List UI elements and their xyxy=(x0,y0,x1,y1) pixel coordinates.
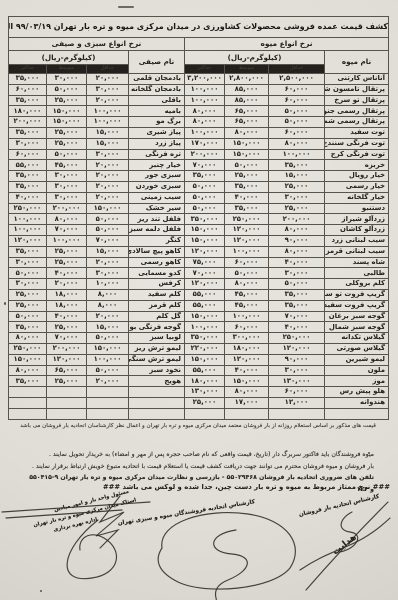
fruit-price-min-cell: ۱۵,۰۰۰ xyxy=(269,171,325,182)
fruit-price-min-cell: ۲۰۰,۰۰۰ xyxy=(269,214,325,225)
fruit-price-min-cell: ۱۲,۰۰۰ xyxy=(269,397,325,408)
veg-name-cell: بادمجان قلمی xyxy=(129,74,185,85)
fruit-name-cell: گیلاس تکدانه xyxy=(325,333,389,344)
veg-price-max-cell: ۵۵,۰۰۰ xyxy=(8,160,46,171)
veg-price-min-cell: ۱۵۰,۰۰۰ xyxy=(87,203,129,214)
veg-price-max-cell: ۶۰,۰۰۰ xyxy=(8,149,46,160)
veg-price-avg-cell: ۴۵,۰۰۰ xyxy=(47,160,87,171)
fruit-name-cell: توت فرنگی سنندج xyxy=(325,138,389,149)
veg-price-min-cell: ۱۰,۰۰۰ xyxy=(87,279,129,290)
fruit-price-avg-cell: ۲۵۰,۰۰۰ xyxy=(225,214,269,225)
veg-name-cell: فلفل دلمه سبز xyxy=(129,225,185,236)
veg-price-max-cell: ۳۰,۰۰۰ xyxy=(8,138,46,149)
fruit-name-cell: پرتقال تامسون شمال xyxy=(325,84,389,95)
fruit-name-cell: آناناس کارتنی xyxy=(325,74,389,85)
fruit-price-avg-cell: ۱۰۰,۰۰۰ xyxy=(225,311,269,322)
veg-price-max-cell: ۲۰۰,۰۰۰ xyxy=(8,117,46,128)
veg-price-max-cell xyxy=(8,408,46,419)
veg-price-max-cell: ۶۰,۰۰۰ xyxy=(8,84,46,95)
table-row: توت فرنگی سنندج۸۰,۰۰۰۱۵۰,۰۰۰۱۷۰,۰۰۰پیاز … xyxy=(8,138,388,149)
signature-scribble-center xyxy=(158,513,295,589)
column-header-row: نام میوه (کیلوگرم-ریال) نام صیفی (کیلوگر… xyxy=(8,51,388,65)
veg-price-avg-cell: ۲۰۰,۰۰۰ xyxy=(47,343,87,354)
fruit-name-cell: گوجه سبز شمال xyxy=(325,322,389,333)
veg-avg-subheader: متوسط xyxy=(47,65,87,74)
veg-price-avg-cell: ۱۸,۰۰۰ xyxy=(47,300,87,311)
table-row: توت سفید۶۰,۰۰۰۸۰,۰۰۰۱۰۰,۰۰۰پیاز شیری۱۵,۰… xyxy=(8,127,388,138)
table-row: توت فرنگی کرج۱۰۰,۰۰۰۱۵۰,۰۰۰۲۰۰,۰۰۰تره فر… xyxy=(8,149,388,160)
veg-price-max-cell: ۳۰,۰۰۰ xyxy=(8,257,46,268)
table-row: زردآلو کاشان۸۰,۰۰۰۱۲۰,۰۰۰۱۵۰,۰۰۰فلفل دلم… xyxy=(8,225,388,236)
veg-price-avg-cell: ۲۵,۰۰۰ xyxy=(47,138,87,149)
veg-price-max-cell: ۵۰,۰۰۰ xyxy=(8,311,46,322)
fruit-price-min-cell: ۶۰,۰۰۰ xyxy=(269,84,325,95)
table-row: خیار رویال۱۵,۰۰۰۲۵,۰۰۰۳۵,۰۰۰سبزی جور۲۰,۰… xyxy=(8,171,388,182)
veg-name-cell: هویج xyxy=(129,376,185,387)
veg-price-avg-cell xyxy=(47,387,87,398)
fruit-price-min-cell: ۴۰,۰۰۰ xyxy=(269,322,325,333)
veg-price-min-cell: ۵۰,۰۰۰ xyxy=(87,225,129,236)
veg-price-avg-cell xyxy=(47,397,87,408)
veg-price-min-cell xyxy=(87,397,129,408)
table-row: پرتقال رسمی شمال۵۰,۰۰۰۶۵,۰۰۰۸۰,۰۰۰برگ مو… xyxy=(8,117,388,128)
fruit-price-max-cell: ۳,۲۰۰,۰۰۰ xyxy=(185,74,225,85)
table-row: گریپ فروت سفید۳۵,۰۰۰۴۵,۰۰۰۵۵,۰۰۰کلم قرمز… xyxy=(8,300,388,311)
fruit-price-max-cell: ۷۰,۰۰۰ xyxy=(185,160,225,171)
veg-name-cell: کاهو رسمی xyxy=(129,257,185,268)
veg-price-min-cell: ۱۵,۰۰۰ xyxy=(87,246,129,257)
fruit-price-avg-cell: ۱۵۰,۰۰۰ xyxy=(225,138,269,149)
table-footnote: قیمت های مذکور بر اساس استعلام روزانه از… xyxy=(12,423,384,429)
veg-name-cell: گوجه فرنگی بوته رس xyxy=(129,322,185,333)
table-row: خربزه۳۵,۰۰۰۵۰,۰۰۰۷۰,۰۰۰خیار چنبر۲۰,۰۰۰۴۵… xyxy=(8,160,388,171)
veg-min-subheader: حداقل xyxy=(87,65,129,74)
fruit-name-cell: هندوانه xyxy=(325,397,389,408)
fruit-price-avg-cell: ۱۲۰,۰۰۰ xyxy=(225,235,269,246)
veg-price-min-cell: ۲۰,۰۰۰ xyxy=(87,171,129,182)
fruit-price-avg-cell: ۴۰,۰۰۰ xyxy=(225,365,269,376)
fruit-price-max-cell: ۱۵۰,۰۰۰ xyxy=(185,311,225,322)
fruit-name-cell: پرتقال تو سرخ xyxy=(325,95,389,106)
veg-name-cell xyxy=(129,408,185,419)
veg-name-cell: تره فرنگی xyxy=(129,149,185,160)
fruit-price-min-cell: ۳۵,۰۰۰ xyxy=(269,300,325,311)
fruit-name-cell: توت سفید xyxy=(325,127,389,138)
veg-price-min-cell: ۱۵۰,۰۰۰ xyxy=(87,343,129,354)
table-row: سیب لبنانی قرمز۸۰,۰۰۰۱۰۰,۰۰۰۱۲۰,۰۰۰کاهو … xyxy=(8,246,388,257)
veg-name-cell: لیمو ترش ریز xyxy=(129,343,185,354)
fruit-price-min-cell: ۶۰,۰۰۰ xyxy=(269,387,325,398)
fruit-price-min-cell: ۱۳۰,۰۰۰ xyxy=(269,376,325,387)
veg-price-min-cell xyxy=(87,387,129,398)
veg-price-max-cell xyxy=(8,397,46,408)
scan-speck xyxy=(4,302,6,305)
veg-max-subheader: حداکثر xyxy=(8,65,46,74)
veg-price-avg-cell: ۵۰,۰۰۰ xyxy=(47,84,87,95)
fruit-name-cell: خیار رسمی xyxy=(325,181,389,192)
fruit-price-avg-cell: ۶۵,۰۰۰ xyxy=(225,106,269,117)
veg-price-max-cell: ۱۸۰,۰۰۰ xyxy=(8,106,46,117)
veg-price-min-cell: ۳۰,۰۰۰ xyxy=(87,268,129,279)
table-row: گریپ فروت تو سرخ۳۵,۰۰۰۴۵,۰۰۰۵۵,۰۰۰کلم سف… xyxy=(8,289,388,300)
fruit-unit-header: (کیلوگرم-ریال) xyxy=(185,51,325,65)
fruit-price-max-cell: ۳۵۰,۰۰۰ xyxy=(185,214,225,225)
veg-price-max-cell: ۲۵,۰۰۰ xyxy=(8,300,46,311)
fruit-price-avg-cell: ۴۵,۰۰۰ xyxy=(225,300,269,311)
veg-price-min-cell: ۵۰,۰۰۰ xyxy=(87,214,129,225)
fruit-price-min-cell: ۳۰,۰۰۰ xyxy=(269,192,325,203)
veg-price-max-cell: ۱۰۰,۰۰۰ xyxy=(8,225,46,236)
fruit-price-max-cell: ۳۵,۰۰۰ xyxy=(185,171,225,182)
fruit-name-cell: پرتقال رسمی جنوب xyxy=(325,106,389,117)
fruit-name-cell: خیار گلخانه xyxy=(325,192,389,203)
table-row: گیلاس صورتی۱۲۰,۰۰۰۱۸۰,۰۰۰۲۲۰,۰۰۰لیمو ترش… xyxy=(8,343,388,354)
fruit-price-max-cell: ۱۷۰,۰۰۰ xyxy=(185,138,225,149)
fruit-price-max-cell: ۱۰۰,۰۰۰ xyxy=(185,127,225,138)
veg-price-min-cell: ۱۵,۰۰۰ xyxy=(87,127,129,138)
veg-name-cell: کلم قرمز xyxy=(129,300,185,311)
veg-price-avg-cell: ۱۵۰,۰۰۰ xyxy=(47,117,87,128)
fruit-name-cell: خربزه xyxy=(325,160,389,171)
fruit-price-min-cell: ۲۵,۰۰۰ xyxy=(269,203,325,214)
table-row: آناناس کارتنی۲,۵۰۰,۰۰۰۲,۸۰۰,۰۰۰۳,۲۰۰,۰۰۰… xyxy=(8,74,388,85)
table-row: پرتقال رسمی جنوب۵۰,۰۰۰۶۵,۰۰۰۸۰,۰۰۰بامیه۱… xyxy=(8,106,388,117)
veg-price-avg-cell: ۴۰,۰۰۰ xyxy=(47,268,87,279)
table-row: گوجه سبز برغان۷۰,۰۰۰۱۰۰,۰۰۰۱۵۰,۰۰۰گل کلم… xyxy=(8,311,388,322)
scanned-price-sheet: { "colors": { "paper": "#e3e1da", "ink":… xyxy=(0,0,398,600)
fruit-price-avg-cell: ۵۰,۰۰۰ xyxy=(225,160,269,171)
group-header-row: نرخ انواع میوه نرخ انواع سبزی و صیفی xyxy=(8,38,388,51)
fruit-price-max-cell: ۵۵,۰۰۰ xyxy=(185,365,225,376)
veg-price-max-cell: ۸۰,۰۰۰ xyxy=(8,333,46,344)
fruit-name-cell: پرتقال رسمی شمال xyxy=(325,117,389,128)
fruit-name-header: نام میوه xyxy=(325,51,389,74)
veg-price-avg-cell: ۲۵,۰۰۰ xyxy=(47,246,87,257)
table-row: زردآلو شیراز۲۰۰,۰۰۰۲۵۰,۰۰۰۳۵۰,۰۰۰فلفل تن… xyxy=(8,214,388,225)
veg-price-max-cell: ۳۵,۰۰۰ xyxy=(8,181,46,192)
fruit-price-min-cell: ۲۵۰,۰۰۰ xyxy=(269,333,325,344)
page-title: کشف قیمت عمده فروشی محصولات کشاورزی در م… xyxy=(8,17,388,38)
fruit-name-cell: زردآلو کاشان xyxy=(325,225,389,236)
note-line-1: میوه فروشندگان باید فاکتور سربرگ دار (تا… xyxy=(28,449,374,461)
fruit-price-min-cell: ۳۰,۰۰۰ xyxy=(269,268,325,279)
fruit-price-max-cell: ۵۵,۰۰۰ xyxy=(185,300,225,311)
signatures-overlay xyxy=(0,490,398,600)
veg-name-cell: بادمجان گلخانه ای xyxy=(129,84,185,95)
fruit-price-min-cell: ۵۰,۰۰۰ xyxy=(269,279,325,290)
fruit-price-min-cell: ۸۰,۰۰۰ xyxy=(269,138,325,149)
fruit-price-avg-cell: ۱۰۰,۰۰۰ xyxy=(225,246,269,257)
veg-price-avg-cell: ۶۵,۰۰۰ xyxy=(47,365,87,376)
veg-name-cell: پیاز زرد xyxy=(129,138,185,149)
fruit-price-max-cell: ۱۵۰,۰۰۰ xyxy=(185,354,225,365)
fruit-price-max-cell: ۵۰,۰۰۰ xyxy=(185,203,225,214)
veg-price-max-cell: ۲۵۰,۰۰۰ xyxy=(8,203,46,214)
fruit-price-max-cell: ۱۰۰,۰۰۰ xyxy=(185,95,225,106)
table-row: ملون۳۰,۰۰۰۴۰,۰۰۰۵۵,۰۰۰نخود سبز۵۰,۰۰۰۶۵,۰… xyxy=(8,365,388,376)
fruit-price-avg-cell: ۳۵,۰۰۰ xyxy=(225,203,269,214)
veg-name-cell: سبزی خوردن xyxy=(129,181,185,192)
fruit-name-cell xyxy=(325,408,389,419)
fruit-price-min-cell: ۶۰,۰۰۰ xyxy=(269,95,325,106)
veg-price-min-cell: ۸,۰۰۰ xyxy=(87,289,129,300)
fruit-price-avg-cell: ۱۷,۰۰۰ xyxy=(225,397,269,408)
fruit-price-max-cell: ۲۲۰,۰۰۰ xyxy=(185,343,225,354)
veg-name-cell: کاهو پیچ سالادی xyxy=(129,246,185,257)
veg-price-min-cell: ۲۰,۰۰۰ xyxy=(87,376,129,387)
fruit-price-avg-cell: ۸۵,۰۰۰ xyxy=(225,84,269,95)
veg-price-avg-cell: ۷۰,۰۰۰ xyxy=(47,333,87,344)
veg-price-min-cell: ۳۰,۰۰۰ xyxy=(87,84,129,95)
veg-price-min-cell: ۱۰۰,۰۰۰ xyxy=(87,117,129,128)
signature-scribble-right xyxy=(300,518,390,570)
veg-price-min-cell: ۱۰۰,۰۰۰ xyxy=(87,354,129,365)
veg-price-avg-cell: ۲۰۰,۰۰۰ xyxy=(47,203,87,214)
veg-name-cell: پیاز شیری xyxy=(129,127,185,138)
veg-price-max-cell: ۳۵,۰۰۰ xyxy=(8,127,46,138)
signature-scribble-left xyxy=(2,502,150,512)
table-row: هلو پیش رس۶۰,۰۰۰۸۰,۰۰۰۱۳۰,۰۰۰ xyxy=(8,387,388,398)
fruit-name-cell: گوجه سبز برغان xyxy=(325,311,389,322)
veg-price-min-cell: ۸,۰۰۰ xyxy=(87,300,129,311)
veg-price-avg-cell: ۳۰,۰۰۰ xyxy=(47,181,87,192)
fruit-price-avg-cell: ۴۰,۰۰۰ xyxy=(225,192,269,203)
fruit-price-max-cell: ۷۰,۰۰۰ xyxy=(185,268,225,279)
fruit-price-avg-cell: ۱۲۰,۰۰۰ xyxy=(225,225,269,236)
fruit-price-min-cell: ۲,۵۰۰,۰۰۰ xyxy=(269,74,325,85)
fruit-price-min-cell: ۵۰,۰۰۰ xyxy=(269,106,325,117)
fruit-price-avg-cell: ۶۵,۰۰۰ xyxy=(225,117,269,128)
veg-name-cell: کدو مسمایی xyxy=(129,268,185,279)
price-table: کشف قیمت عمده فروشی محصولات کشاورزی در م… xyxy=(8,16,389,420)
veg-name-cell: کرفس xyxy=(129,279,185,290)
fruit-price-avg-cell: ۸۰,۰۰۰ xyxy=(225,387,269,398)
fruit-price-min-cell: ۳۵,۰۰۰ xyxy=(269,160,325,171)
fruit-price-avg-cell: ۸۰,۰۰۰ xyxy=(225,127,269,138)
fruit-price-avg-cell: ۱۲۰,۰۰۰ xyxy=(225,354,269,365)
veg-price-max-cell: ۲۵,۰۰۰ xyxy=(8,289,46,300)
fruit-price-min-cell: ۸۰,۰۰۰ xyxy=(269,225,325,236)
veg-price-max-cell: ۱۵۰,۰۰۰ xyxy=(8,354,46,365)
veg-price-max-cell: ۳۰,۰۰۰ xyxy=(8,279,46,290)
fruit-price-avg-cell: ۸۵,۰۰۰ xyxy=(225,95,269,106)
veg-price-min-cell: ۱۵,۰۰۰ xyxy=(87,322,129,333)
veg-name-cell: سیر خشک xyxy=(129,203,185,214)
table-row: گیلاس تکدانه۲۵۰,۰۰۰۳۰۰,۰۰۰۳۵۰,۰۰۰لوبیا س… xyxy=(8,333,388,344)
fruit-max-subheader: حداکثر xyxy=(185,65,225,74)
fruit-group-header: نرخ انواع میوه xyxy=(185,38,389,51)
table-row: طالبی۳۰,۰۰۰۵۰,۰۰۰۷۰,۰۰۰کدو مسمایی۳۰,۰۰۰۴… xyxy=(8,268,388,279)
veg-price-max-cell: ۴۰,۰۰۰ xyxy=(8,192,46,203)
fruit-price-max-cell xyxy=(185,408,225,419)
veg-price-avg-cell: ۱۰۰,۰۰۰ xyxy=(47,235,87,246)
fruit-price-max-cell: ۵۵,۰۰۰ xyxy=(185,289,225,300)
fruit-price-min-cell: ۶۰,۰۰۰ xyxy=(269,127,325,138)
fruit-name-cell: ملون xyxy=(325,365,389,376)
fruit-price-min-cell: ۲۵,۰۰۰ xyxy=(269,181,325,192)
fruit-price-max-cell: ۱۵۰,۰۰۰ xyxy=(185,235,225,246)
veg-price-min-cell: ۳۰,۰۰۰ xyxy=(87,149,129,160)
fruit-price-max-cell: ۳۵۰,۰۰۰ xyxy=(185,333,225,344)
veg-price-avg-cell: ۴۰,۰۰۰ xyxy=(47,311,87,322)
fruit-name-cell: کلم بروکلی xyxy=(325,279,389,290)
fruit-price-min-cell: ۳۰,۰۰۰ xyxy=(269,365,325,376)
veg-price-max-cell: ۵۰,۰۰۰ xyxy=(8,268,46,279)
veg-name-cell: خیار چنبر xyxy=(129,160,185,171)
veg-price-avg-cell: ۵۰,۰۰۰ xyxy=(47,149,87,160)
fruit-price-min-cell: ۸۰,۰۰۰ xyxy=(269,246,325,257)
fruit-price-avg-cell: ۱۵۰,۰۰۰ xyxy=(225,149,269,160)
veg-price-max-cell: ۳۵,۰۰۰ xyxy=(8,74,46,85)
veg-price-avg-cell: ۲۵,۰۰۰ xyxy=(47,127,87,138)
fruit-price-avg-cell: ۲۵,۰۰۰ xyxy=(225,171,269,182)
veg-price-avg-cell: ۲۵,۰۰۰ xyxy=(47,322,87,333)
price-table-body: آناناس کارتنی۲,۵۰۰,۰۰۰۲,۸۰۰,۰۰۰۳,۲۰۰,۰۰۰… xyxy=(8,74,388,420)
fruit-price-avg-cell: ۳۰۰,۰۰۰ xyxy=(225,333,269,344)
veg-price-avg-cell: ۳۰,۰۰۰ xyxy=(47,192,87,203)
fruit-price-avg-cell: ۸۰,۰۰۰ xyxy=(225,279,269,290)
fruit-price-max-cell: ۱۰۰,۰۰۰ xyxy=(185,322,225,333)
fruit-price-min-cell: ۷۰,۰۰۰ xyxy=(269,311,325,322)
fruit-price-max-cell: ۱۲۰,۰۰۰ xyxy=(185,246,225,257)
veg-price-min-cell: ۷۰,۰۰۰ xyxy=(87,235,129,246)
table-row: خیار رسمی۲۵,۰۰۰۳۵,۰۰۰۵۰,۰۰۰سبزی خوردن۲۰,… xyxy=(8,181,388,192)
veg-name-cell: فلفل تند ریز xyxy=(129,214,185,225)
veg-name-cell: لیمو ترش سنگی xyxy=(129,354,185,365)
veg-price-avg-cell: ۲۵,۰۰۰ xyxy=(47,376,87,387)
veg-price-min-cell: ۲۰,۰۰۰ xyxy=(87,181,129,192)
table-row: کلم بروکلی۵۰,۰۰۰۸۰,۰۰۰۱۲۰,۰۰۰کرفس۱۰,۰۰۰۲… xyxy=(8,279,388,290)
veg-price-avg-cell: ۲۵,۰۰۰ xyxy=(47,95,87,106)
veg-name-cell: گل کلم xyxy=(129,311,185,322)
veg-price-avg-cell: ۲۵,۰۰۰ xyxy=(47,257,87,268)
fruit-name-cell: شاه پسند xyxy=(325,257,389,268)
fruit-price-avg-cell: ۴۵,۰۰۰ xyxy=(225,289,269,300)
fruit-name-cell: سیب لبنانی قرمز xyxy=(325,246,389,257)
table-row: شاه پسند۴۰,۰۰۰۶۰,۰۰۰۷۵,۰۰۰کاهو رسمی۲۰,۰۰… xyxy=(8,257,388,268)
fruit-price-min-cell xyxy=(269,408,325,419)
veg-price-min-cell: ۲۰,۰۰۰ xyxy=(87,95,129,106)
veg-name-cell: سبزی جور xyxy=(129,171,185,182)
fruit-price-min-cell: ۹۰,۰۰۰ xyxy=(269,354,325,365)
fruit-price-min-cell: ۵۰,۰۰۰ xyxy=(269,117,325,128)
table-row: لیمو شیرین۹۰,۰۰۰۱۲۰,۰۰۰۱۵۰,۰۰۰لیمو ترش س… xyxy=(8,354,388,365)
fruit-name-cell: گریپ فروت سفید xyxy=(325,300,389,311)
fruit-price-avg-cell: ۱۵۰,۰۰۰ xyxy=(225,376,269,387)
fruit-price-min-cell: ۱۲۰,۰۰۰ xyxy=(269,343,325,354)
veg-group-header: نرخ انواع سبزی و صیفی xyxy=(8,38,184,51)
veg-name-cell: لوبیا سبز xyxy=(129,333,185,344)
veg-name-cell: کلم سفید xyxy=(129,289,185,300)
veg-price-avg-cell: ۳۰,۰۰۰ xyxy=(47,171,87,182)
table-row: پرتقال تامسون شمال۶۰,۰۰۰۸۵,۰۰۰۱۰۰,۰۰۰باد… xyxy=(8,84,388,95)
table-row: موز۱۳۰,۰۰۰۱۵۰,۰۰۰۱۸۰,۰۰۰هویج۲۰,۰۰۰۲۵,۰۰۰… xyxy=(8,376,388,387)
fruit-price-avg-cell: ۶۰,۰۰۰ xyxy=(225,322,269,333)
veg-price-min-cell xyxy=(87,408,129,419)
fruit-name-cell: لیمو شیرین xyxy=(325,354,389,365)
veg-unit-header: (کیلوگرم-ریال) xyxy=(8,51,128,65)
fruit-price-max-cell: ۱۳۰,۰۰۰ xyxy=(185,387,225,398)
title-row: کشف قیمت عمده فروشی محصولات کشاورزی در م… xyxy=(8,17,388,38)
veg-price-avg-cell xyxy=(47,408,87,419)
fruit-price-max-cell: ۱۵۰,۰۰۰ xyxy=(185,225,225,236)
fruit-price-max-cell: ۵۰,۰۰۰ xyxy=(185,181,225,192)
veg-price-max-cell xyxy=(8,387,46,398)
fruit-name-cell: توت فرنگی کرج xyxy=(325,149,389,160)
fruit-price-max-cell: ۸۰,۰۰۰ xyxy=(185,117,225,128)
table-row: دستنبو۲۵,۰۰۰۳۵,۰۰۰۵۰,۰۰۰سیر خشک۱۵۰,۰۰۰۲۰… xyxy=(8,203,388,214)
table-row xyxy=(8,408,388,419)
veg-price-avg-cell: ۱۲۰,۰۰۰ xyxy=(47,354,87,365)
veg-price-min-cell: ۲۰,۰۰۰ xyxy=(87,74,129,85)
veg-price-max-cell: ۲۵۰,۰۰۰ xyxy=(8,343,46,354)
fruit-price-min-cell: ۹۰,۰۰۰ xyxy=(269,235,325,246)
veg-price-max-cell: ۳۵,۰۰۰ xyxy=(8,246,46,257)
veg-price-avg-cell: ۲۰,۰۰۰ xyxy=(47,279,87,290)
scan-smudge xyxy=(118,6,134,8)
veg-price-avg-cell: ۳۰,۰۰۰ xyxy=(47,74,87,85)
fruit-price-max-cell: ۱۸۰,۰۰۰ xyxy=(185,376,225,387)
table-row: خیار گلخانه۳۰,۰۰۰۴۰,۰۰۰۵۰,۰۰۰سیب زمینی۲۰… xyxy=(8,192,388,203)
veg-price-avg-cell: ۱۸,۰۰۰ xyxy=(47,289,87,300)
veg-name-cell xyxy=(129,387,185,398)
fruit-name-cell: خیار رویال xyxy=(325,171,389,182)
veg-name-cell: کنگر xyxy=(129,235,185,246)
fruit-name-cell: هلو پیش رس xyxy=(325,387,389,398)
veg-name-cell: باقلی xyxy=(129,95,185,106)
fruit-min-subheader: حداقل xyxy=(269,65,325,74)
veg-price-max-cell: ۱۲۰,۰۰۰ xyxy=(8,235,46,246)
veg-price-max-cell: ۳۵,۰۰۰ xyxy=(8,95,46,106)
veg-price-avg-cell: ۱۵۰,۰۰۰ xyxy=(47,106,87,117)
veg-name-cell: بامیه xyxy=(129,106,185,117)
veg-price-avg-cell: ۷۰,۰۰۰ xyxy=(47,225,87,236)
veg-price-min-cell: ۱۰۰,۰۰۰ xyxy=(87,106,129,117)
fruit-name-cell: گریپ فروت تو سرخ xyxy=(325,289,389,300)
veg-price-max-cell: ۳۵,۰۰۰ xyxy=(8,322,46,333)
fruit-price-min-cell: ۱۰۰,۰۰۰ xyxy=(269,149,325,160)
fruit-price-avg-cell xyxy=(225,408,269,419)
veg-price-avg-cell: ۸۰,۰۰۰ xyxy=(47,214,87,225)
veg-name-cell: نخود سبز xyxy=(129,365,185,376)
fruit-price-avg-cell: ۵۰,۰۰۰ xyxy=(225,268,269,279)
fruit-price-avg-cell: ۲,۸۰۰,۰۰۰ xyxy=(225,74,269,85)
fruit-price-avg-cell: ۳۵,۰۰۰ xyxy=(225,181,269,192)
veg-price-min-cell: ۱۵,۰۰۰ xyxy=(87,138,129,149)
fruit-price-min-cell: ۳۵,۰۰۰ xyxy=(269,289,325,300)
fruit-price-max-cell: ۱۰۰,۰۰۰ xyxy=(185,84,225,95)
fruit-name-cell: سیب لبنانی زرد xyxy=(325,235,389,246)
fruit-price-max-cell: ۷۵,۰۰۰ xyxy=(185,257,225,268)
table-row: گوجه سبز شمال۴۰,۰۰۰۶۰,۰۰۰۱۰۰,۰۰۰گوجه فرن… xyxy=(8,322,388,333)
veg-name-header: نام صیفی xyxy=(129,51,185,74)
veg-price-min-cell: ۲۰,۰۰۰ xyxy=(87,257,129,268)
fruit-price-avg-cell: ۶۰,۰۰۰ xyxy=(225,257,269,268)
fruit-price-min-cell: ۴۰,۰۰۰ xyxy=(269,257,325,268)
fruit-price-max-cell: ۲۰۰,۰۰۰ xyxy=(185,149,225,160)
veg-price-min-cell: ۵۰,۰۰۰ xyxy=(87,333,129,344)
veg-name-cell: سیب زمینی xyxy=(129,192,185,203)
veg-price-min-cell: ۲۰,۰۰۰ xyxy=(87,192,129,203)
veg-price-max-cell: ۳۵,۰۰۰ xyxy=(8,376,46,387)
fruit-price-max-cell: ۸۰,۰۰۰ xyxy=(185,106,225,117)
fruit-price-max-cell: ۵۰,۰۰۰ xyxy=(185,192,225,203)
fruit-price-max-cell: ۱۲۰,۰۰۰ xyxy=(185,279,225,290)
veg-price-max-cell: ۱۰۰,۰۰۰ xyxy=(8,214,46,225)
veg-price-min-cell: ۲۰,۰۰۰ xyxy=(87,160,129,171)
table-row: سیب لبنانی زرد۹۰,۰۰۰۱۲۰,۰۰۰۱۵۰,۰۰۰کنگر۷۰… xyxy=(8,235,388,246)
fruit-price-max-cell: ۲۵,۰۰۰ xyxy=(185,397,225,408)
